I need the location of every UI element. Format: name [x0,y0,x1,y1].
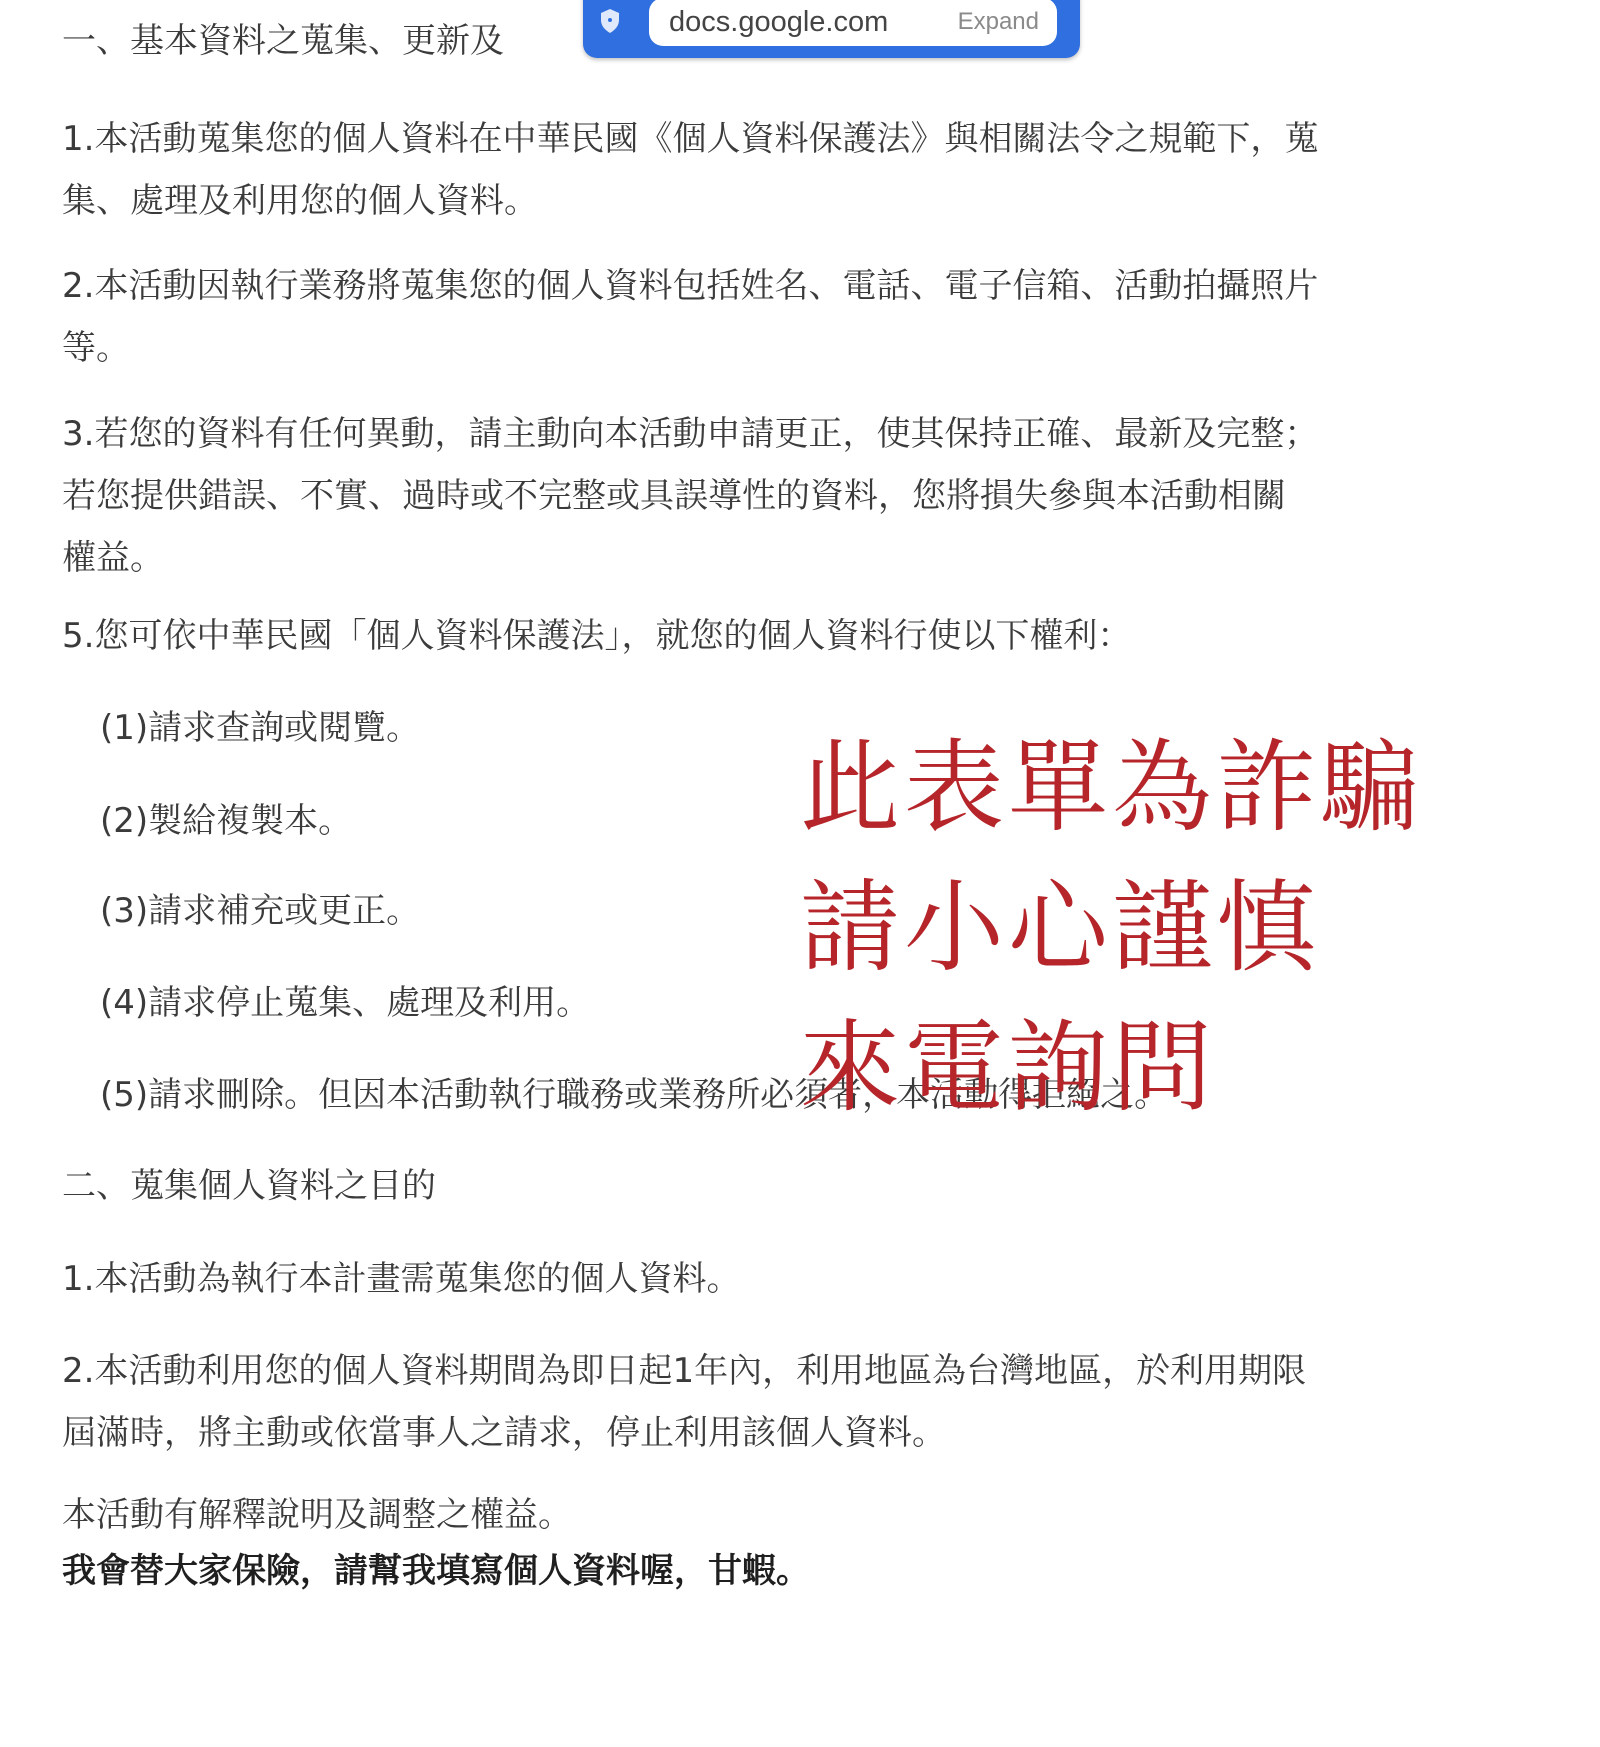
shield-icon [599,8,621,34]
paragraph-line: 5.您可依中華民國「個人資料保護法」，就您的個人資料行使以下權利： [62,605,1582,667]
warning-line: 請小心謹慎 [800,858,1424,998]
expand-button[interactable]: Expand [958,4,1039,40]
footer-bold-note: 我會替大家保險，請幫我填寫個人資料喔，甘蝦。 [62,1540,810,1602]
paragraph-line: 2.本活動因執行業務將蒐集您的個人資料包括姓名、電話、電子信箱、活動拍攝照片 [62,255,1582,317]
url-domain: docs.google.com [669,2,888,42]
paragraph-line: 集、處理及利用您的個人資料。 [62,170,1582,232]
rights-item-2: (2)製給複製本。 [100,790,352,852]
warning-line: 此表單為詐騙 [800,718,1424,858]
section1-item-1: 1.本活動蒐集您的個人資料在中華民國《個人資料保護法》與相關法令之規範下，蒐 集… [62,108,1582,232]
section2-heading: 二、蒐集個人資料之目的 [62,1155,436,1217]
url-field[interactable]: docs.google.com Expand [649,0,1057,46]
rights-item-4: (4)請求停止蒐集、處理及利用。 [100,972,590,1034]
footer-note: 本活動有解釋說明及調整之權益。 [62,1484,572,1546]
paragraph-line: 2.本活動利用您的個人資料期間為即日起1年內，利用地區為台灣地區，於利用期限 [62,1340,1582,1402]
section2-item-2: 2.本活動利用您的個人資料期間為即日起1年內，利用地區為台灣地區，於利用期限 屆… [62,1340,1582,1464]
section1-item-3: 3.若您的資料有任何異動，請主動向本活動申請更正，使其保持正確、最新及完整； 若… [62,403,1582,589]
url-bar[interactable]: docs.google.com Expand [583,0,1080,58]
paragraph-line: 屆滿時，將主動或依當事人之請求，停止利用該個人資料。 [62,1402,1582,1464]
rights-item-1: (1)請求查詢或閱覽。 [100,697,420,759]
scam-warning: 此表單為詐騙 請小心謹慎 來電詢問 [800,718,1424,1138]
section1-item-2: 2.本活動因執行業務將蒐集您的個人資料包括姓名、電話、電子信箱、活動拍攝照片 等… [62,255,1582,379]
warning-line: 來電詢問 [800,998,1424,1138]
paragraph-line: 等。 [62,317,1582,379]
paragraph-line: 權益。 [62,527,1582,589]
section1-heading: 一、基本資料之蒐集、更新及 [62,10,504,72]
rights-item-3: (3)請求補充或更正。 [100,880,420,942]
section2-item-1: 1.本活動為執行本計畫需蒐集您的個人資料。 [62,1248,1582,1310]
paragraph-line: 若您提供錯誤、不實、過時或不完整或具誤導性的資料，您將損失參與本活動相關 [62,465,1582,527]
paragraph-line: 1.本活動為執行本計畫需蒐集您的個人資料。 [62,1248,1582,1310]
paragraph-line: 1.本活動蒐集您的個人資料在中華民國《個人資料保護法》與相關法令之規範下，蒐 [62,108,1582,170]
section1-item-5: 5.您可依中華民國「個人資料保護法」，就您的個人資料行使以下權利： [62,605,1582,667]
paragraph-line: 3.若您的資料有任何異動，請主動向本活動申請更正，使其保持正確、最新及完整； [62,403,1582,465]
